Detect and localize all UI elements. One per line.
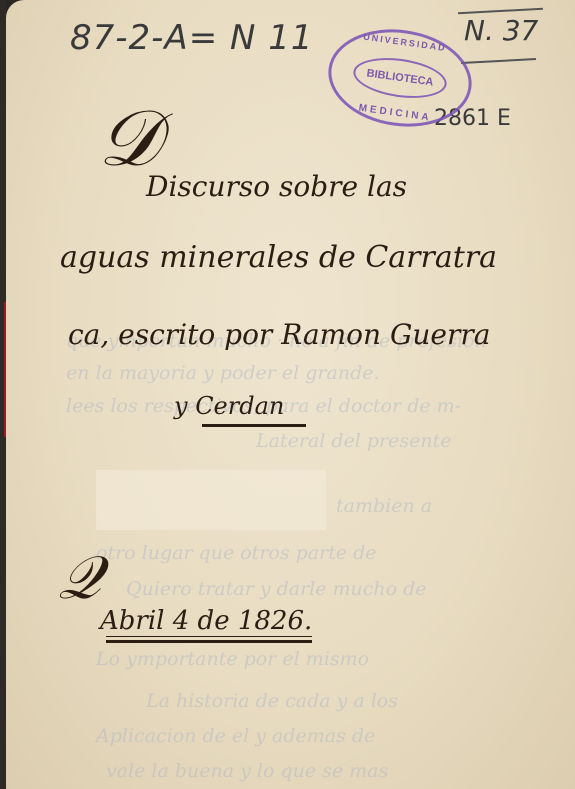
- bleed-through-text: en la mayoria y poder el grande.: [66, 362, 380, 384]
- bleed-through-text: otro lugar que otros parte de: [96, 542, 377, 564]
- stamp-center-text: BIBLIOTECA: [366, 67, 434, 88]
- title-line-4: y Cerdan: [174, 392, 284, 420]
- date-underline-thin: [106, 636, 312, 637]
- stamp-bottom-text: MEDICINA: [326, 98, 464, 128]
- bleed-through-text: La historia de cada y a los: [146, 690, 398, 712]
- decorative-flourish-d: 𝒟: [98, 100, 160, 178]
- page-number: N. 37: [464, 14, 538, 47]
- bleed-through-text: Lo ymportante por el mismo: [96, 648, 369, 670]
- stamp-top-text: UNIVERSIDAD: [336, 28, 474, 57]
- date-underline-thick: [106, 640, 312, 643]
- bleed-through-text: tambien a: [336, 495, 432, 517]
- bleed-through-text: Lateral del presente: [256, 430, 451, 452]
- manuscript-page: que ymportan mucho · ne a fin de profesi…: [6, 0, 575, 789]
- bleed-through-text: vale la buena y lo que se mas: [106, 760, 388, 782]
- pencil-rule: [461, 58, 536, 64]
- title-line-2: aguas minerales de Carratra: [60, 240, 497, 275]
- title-line-1: Discurso sobre las: [146, 170, 407, 203]
- bleed-through-text: Quiero tratar y darle mucho de: [126, 578, 427, 600]
- paper-patch: [96, 470, 326, 530]
- decorative-flourish-q: 𝒬: [58, 548, 101, 608]
- bleed-through-text: Aplicacion de el y ademas de: [96, 725, 375, 747]
- underline: [202, 424, 306, 427]
- shelfmark: 87-2-A= N 11: [70, 18, 314, 58]
- title-line-3: ca, escrito por Ramon Guerra: [68, 318, 490, 351]
- library-stamp: UNIVERSIDAD BIBLIOTECA MEDICINA: [322, 20, 478, 135]
- date: Abril 4 de 1826.: [100, 606, 312, 636]
